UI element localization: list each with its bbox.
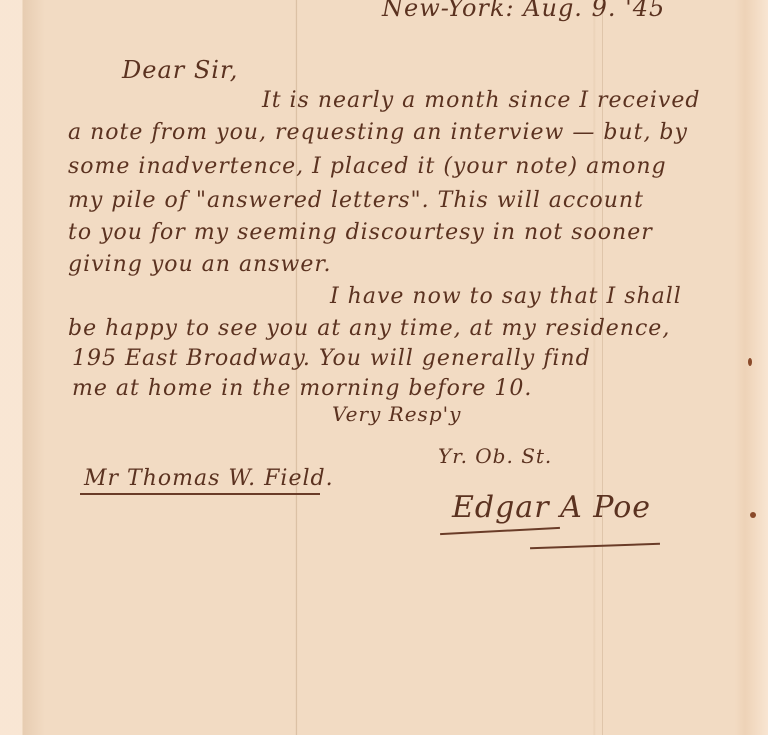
addressee-underline — [80, 493, 320, 495]
body-line: 195 East Broadway. You will generally fi… — [72, 346, 591, 371]
closing-very-respectfully: Very Resp'y — [332, 402, 461, 426]
body-line: my pile of "answered letters". This will… — [68, 188, 644, 213]
signature-underline — [530, 543, 660, 549]
signature-flourish — [440, 527, 560, 535]
body-line: giving you an answer. — [68, 252, 331, 277]
letter-page: New-York: Aug. 9. '45 Dear Sir, It is ne… — [0, 0, 768, 735]
ink-spot — [750, 512, 756, 518]
dateline: New-York: Aug. 9. '45 — [382, 0, 665, 22]
body-line: It is nearly a month since I received — [262, 88, 700, 113]
salutation: Dear Sir, — [122, 56, 238, 84]
signature: Edgar A Poe — [452, 490, 651, 525]
addressee: Mr Thomas W. Field. — [84, 466, 334, 491]
body-line: some inadvertence, I placed it (your not… — [68, 154, 667, 179]
body-line: to you for my seeming discourtesy in not… — [68, 220, 653, 245]
ink-spot — [748, 358, 752, 366]
body-line: be happy to see you at any time, at my r… — [68, 316, 670, 341]
body-line: me at home in the morning before 10. — [72, 376, 532, 401]
body-line: I have now to say that I shall — [330, 284, 682, 309]
closing-obedient-servant: Yr. Ob. St. — [438, 444, 552, 468]
body-line: a note from you, requesting an interview… — [68, 120, 688, 145]
